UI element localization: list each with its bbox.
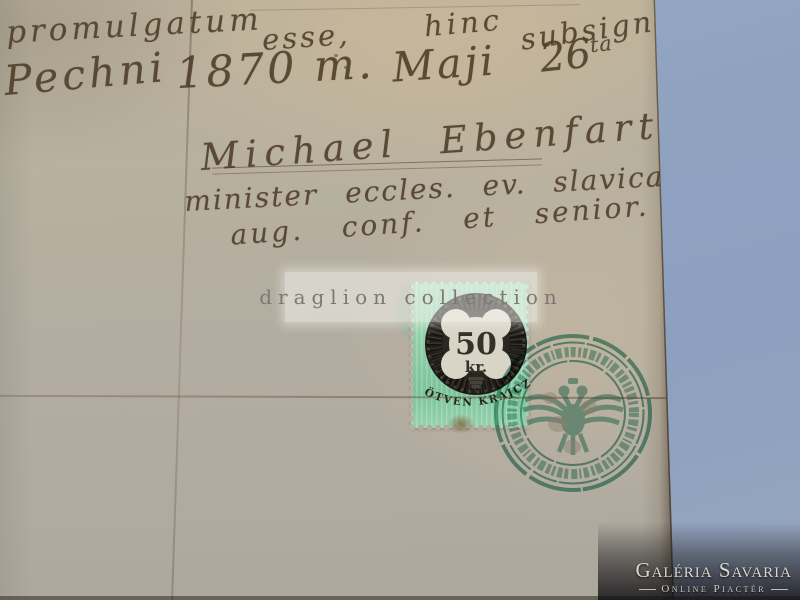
badge-dash-right <box>771 589 788 591</box>
badge-subtitle: Online Piactér <box>661 584 766 595</box>
watermark-band: draglion collection <box>285 272 537 322</box>
brown-stain <box>447 414 475 434</box>
ink-speck <box>344 66 347 69</box>
ink-speck <box>334 54 338 57</box>
handwriting-month: Maji <box>390 36 497 91</box>
marketplace-badge: Galéria Savaria Online Piactér <box>635 560 792 595</box>
official-seal-stamp <box>488 328 658 498</box>
badge-dash-left <box>639 589 656 591</box>
handwriting-day-number: 26 <box>538 31 593 82</box>
handwriting-line1-word1: promulgatum <box>5 1 263 50</box>
top-fold-crease <box>250 4 580 11</box>
seal-graphic <box>488 328 658 498</box>
watermark-text: draglion collection <box>259 285 563 309</box>
handwriting-day: 26ta <box>538 28 616 81</box>
handwriting-year: 1870 m. <box>175 39 376 99</box>
document-paper: promulgatum esse, hinc subsigno Pechni 1… <box>0 0 800 600</box>
handwriting-day-superscript: ta <box>589 31 614 57</box>
badge-subtitle-row: Online Piactér <box>635 584 792 595</box>
marketplace-photo: promulgatum esse, hinc subsigno Pechni 1… <box>0 0 800 600</box>
badge-overlay: Galéria Savaria Online Piactér <box>598 522 800 600</box>
handwriting-place: Pechni <box>2 43 168 105</box>
stamp-unit: kr. <box>465 358 487 376</box>
badge-title: Galéria Savaria <box>635 560 792 581</box>
